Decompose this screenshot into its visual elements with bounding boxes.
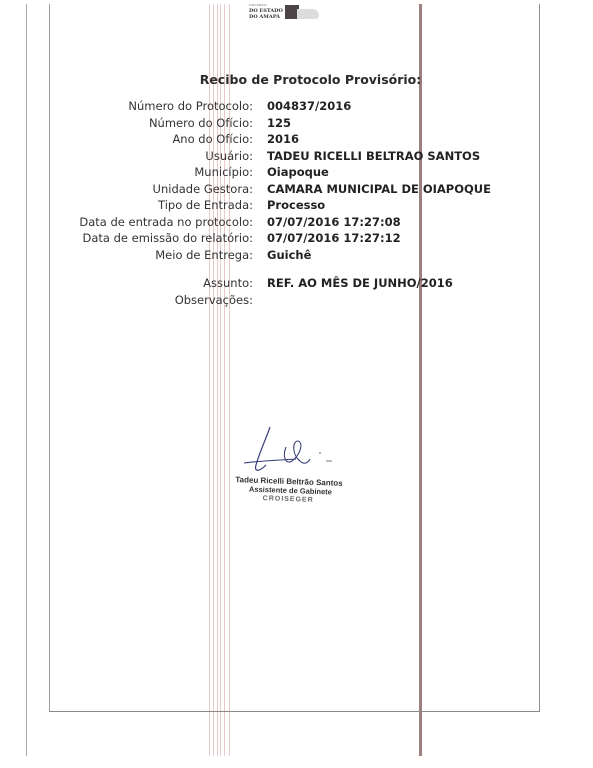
signature-block: Tadeu Ricelli Beltrão Santos Assistente …: [230, 425, 360, 510]
field-value: 125: [267, 115, 291, 132]
field-label: Data de emissão do relatório:: [82, 230, 253, 247]
field-value: Guichê: [267, 247, 311, 264]
protocol-fields: Número do Protocolo:004837/2016Número do…: [0, 98, 593, 308]
frame-bottom-border: [49, 711, 540, 712]
spacer: [0, 263, 593, 275]
field-label: Município:: [194, 164, 253, 181]
field-row: Município:Oiapoque: [0, 164, 593, 181]
field-label: Tipo de Entrada:: [158, 197, 253, 214]
field-row: Data de entrada no protocolo:07/07/2016 …: [0, 214, 593, 231]
field-row: Observações:: [0, 292, 593, 309]
field-value: 07/07/2016 17:27:12: [267, 230, 401, 247]
field-row: Usuário:TADEU RICELLI BELTRAO SANTOS: [0, 148, 593, 165]
field-value: TADEU RICELLI BELTRAO SANTOS: [267, 148, 480, 165]
field-value: Processo: [267, 197, 325, 214]
field-label: Número do Ofício:: [149, 115, 253, 132]
field-row: Ano do Ofício:2016: [0, 131, 593, 148]
field-value: CAMARA MUNICIPAL DE OIAPOQUE: [267, 181, 491, 198]
signature-stamp: Tadeu Ricelli Beltrão Santos Assistente …: [235, 475, 343, 506]
field-row: Número do Ofício:125: [0, 115, 593, 132]
field-label: Meio de Entrega:: [155, 247, 253, 264]
document-title: Recibo de Protocolo Provisório:: [0, 72, 593, 87]
field-label: Observações:: [175, 292, 253, 309]
field-label: Número do Protocolo:: [128, 98, 253, 115]
field-label: Assunto:: [203, 275, 253, 292]
field-row: Tipo de Entrada:Processo: [0, 197, 593, 214]
logo-shape-icon: [297, 9, 319, 19]
document-title-text: Recibo de Protocolo Provisório:: [200, 72, 422, 87]
field-row: Assunto:REF. AO MÊS DE JUNHO/2016: [0, 275, 593, 292]
field-value: 2016: [267, 131, 299, 148]
field-label: Data de entrada no protocolo:: [79, 214, 253, 231]
field-row: Unidade Gestora:CAMARA MUNICIPAL DE OIAP…: [0, 181, 593, 198]
field-value: REF. AO MÊS DE JUNHO/2016: [267, 275, 453, 292]
field-label: Ano do Ofício:: [172, 131, 253, 148]
field-value: Oiapoque: [267, 164, 329, 181]
field-label: Unidade Gestora:: [153, 181, 253, 198]
field-row: Data de emissão do relatório:07/07/2016 …: [0, 230, 593, 247]
government-logo: GOVERNO DO ESTADO DO AMAPÁ: [249, 2, 329, 22]
field-row: Meio de Entrega:Guichê: [0, 247, 593, 264]
field-row: Número do Protocolo:004837/2016: [0, 98, 593, 115]
field-value: 07/07/2016 17:27:08: [267, 214, 401, 231]
field-label: Usuário:: [205, 148, 253, 165]
field-value: 004837/2016: [267, 98, 351, 115]
logo-line3: DO AMAPÁ: [249, 14, 283, 20]
logo-text: GOVERNO DO ESTADO DO AMAPÁ: [249, 2, 283, 20]
